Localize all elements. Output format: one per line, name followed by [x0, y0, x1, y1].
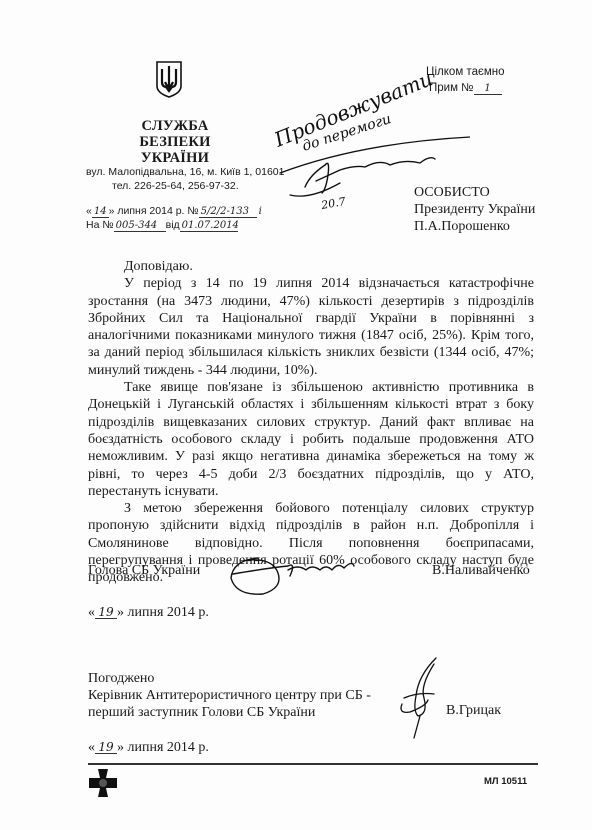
addressee-marking: ОСОБИСТО	[414, 184, 535, 201]
handwritten-day: 19	[95, 741, 117, 754]
approval-date: «19» липня 2014 р.	[88, 740, 209, 756]
signatory-1-date: «19» липня 2014 р.	[88, 605, 209, 621]
sbu-cross-icon	[89, 769, 117, 797]
handwritten-reply-date: 01.07.2014	[180, 220, 238, 232]
addressee-block: ОСОБИСТО Президенту України П.А.Порошенк…	[414, 184, 535, 235]
report-greeting: Доповідаю.	[88, 258, 534, 275]
approval-block: Погоджено Керівник Антитерористичного це…	[88, 670, 371, 721]
handwritten-day: 19	[95, 606, 117, 619]
approval-title-line2: перший заступник Голови СБ України	[88, 704, 371, 721]
addressee-position: Президенту України	[414, 201, 535, 218]
approval-title-line1: Керівник Антитерористичного центру при С…	[88, 687, 371, 704]
approval-name: В.Грицак	[446, 702, 501, 719]
handwritten-outgoing-number: 5/2/2-133	[199, 206, 257, 218]
report-body: Доповідаю. У період з 14 по 19 липня 201…	[88, 258, 534, 587]
document-code: МЛ 10511	[484, 776, 527, 787]
addressee-name: П.А.Порошенко	[414, 218, 535, 235]
handwritten-day: 14	[92, 206, 109, 218]
handwritten-copy-number: 1	[474, 83, 502, 95]
trident-coat-of-arms-icon	[155, 60, 183, 98]
signatory-1-title: Голова СБ України	[88, 562, 200, 579]
resolution-date: 20.7	[319, 195, 346, 212]
footer-divider	[88, 763, 538, 765]
signatory-1-name: В.Наливайченко	[432, 562, 530, 579]
approval-label: Погоджено	[88, 670, 371, 687]
report-paragraph-2: Таке явище пов'язане із збільшеною актив…	[88, 379, 534, 500]
signature-hrytsak	[398, 656, 448, 742]
report-paragraph-1: У період з 14 по 19 липня 2014 відзначає…	[88, 275, 534, 379]
signature-nalyvaichenko	[228, 548, 358, 598]
organization-name: СЛУЖБА БЕЗПЕКИ УКРАЇНИ	[110, 118, 240, 166]
handwritten-reply-number: 005-344	[114, 220, 166, 232]
